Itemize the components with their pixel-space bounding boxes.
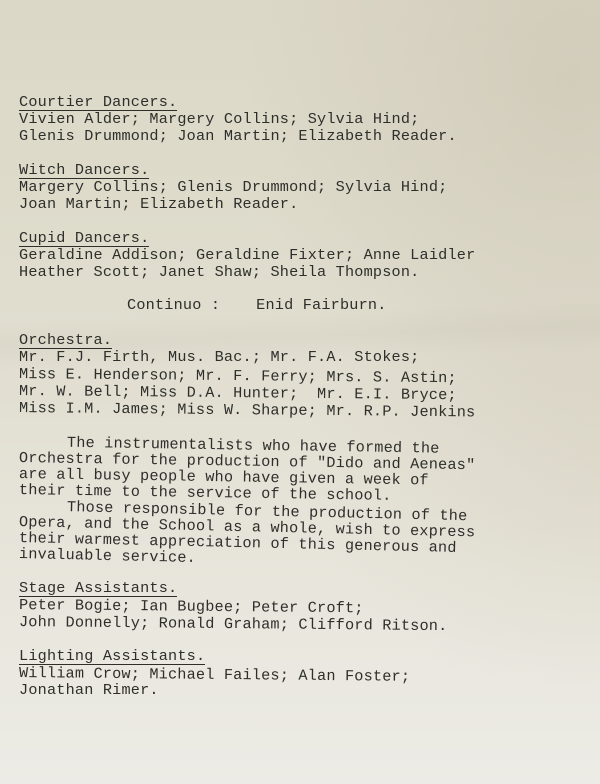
appreciation-statement: The instrumentalists who have formed the… — [19, 434, 589, 562]
continuo-name: Enid Fairburn. — [256, 296, 386, 314]
section-heading: Lighting Assistants. — [19, 649, 205, 665]
cast-line: Vivien Alder; Margery Collins; Sylvia Hi… — [19, 111, 589, 128]
cast-line: Geraldine Addison; Geraldine Fixter; Ann… — [19, 247, 589, 264]
cast-line: Glenis Drummond; Joan Martin; Elizabeth … — [19, 128, 589, 145]
section-witch-dancers: Witch Dancers. Margery Collins; Glenis D… — [19, 162, 589, 213]
section-heading: Cupid Dancers. — [19, 231, 149, 247]
cast-line: Heather Scott; Janet Shaw; Sheila Thomps… — [19, 264, 589, 281]
section-courtier-dancers: Courtier Dancers. Vivien Alder; Margery … — [19, 94, 589, 145]
continuo-label: Continuo : — [127, 296, 220, 314]
section-heading: Orchestra. — [19, 333, 112, 349]
section-cupid-dancers: Cupid Dancers. Geraldine Addison; Gerald… — [19, 230, 589, 281]
typed-programme-page: Courtier Dancers. Vivien Alder; Margery … — [19, 94, 589, 716]
cast-line: Margery Collins; Glenis Drummond; Sylvia… — [19, 179, 589, 196]
section-heading: Courtier Dancers. — [19, 95, 177, 111]
section-lighting-assistants: Lighting Assistants. William Crow; Micha… — [19, 648, 589, 699]
continuo-line: Continuo :Enid Fairburn. — [19, 297, 589, 314]
orchestra-line: Mr. F.J. Firth, Mus. Bac.; Mr. F.A. Stok… — [19, 349, 589, 366]
section-stage-assistants: Stage Assistants. Peter Bogie; Ian Bugbe… — [19, 580, 589, 631]
cast-line: Joan Martin; Elizabeth Reader. — [19, 196, 589, 213]
section-orchestra: Orchestra. Mr. F.J. Firth, Mus. Bac.; Mr… — [19, 332, 589, 417]
section-heading: Stage Assistants. — [19, 581, 177, 597]
section-heading: Witch Dancers. — [19, 163, 149, 179]
